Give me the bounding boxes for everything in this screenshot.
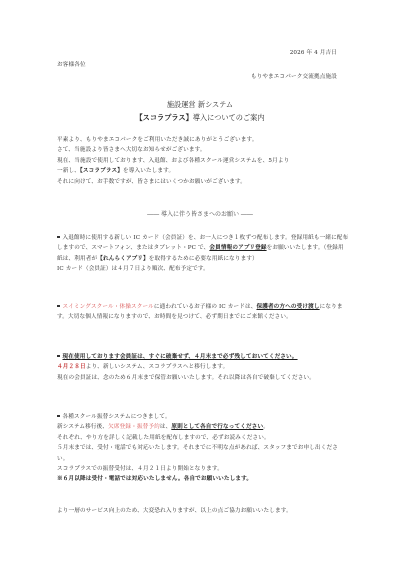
intro-line: さて、当施設より皆さまへ大切なお知らせがございます。 [57, 145, 349, 155]
item-text: それぞれ、やり方を詳しく記載した用紙を配布しますので、必ずお読みください。 [57, 433, 349, 443]
title-system-name: 【スコラプラス】 [135, 113, 192, 122]
intro-line: 現在、当施設で使用しております、入退館、および各種スクール運営システムを、5月よ… [57, 156, 349, 166]
title-rest: 導入についてのご案内 [193, 113, 265, 122]
section-heading: ―― 導入に伴う皆さまへのお願い ―― [0, 209, 400, 218]
item-text: ４月２８日より、新しいシステム、スコラプラスへと移行します。 [57, 362, 349, 372]
item-text: を取得するために必要な用紙になります） [149, 256, 258, 262]
bullet-icon [57, 305, 60, 308]
item-transfer-system: 各種スクール振替システムにつきまして。 新システム移行後、欠席登録・振替予約は、… [57, 412, 349, 485]
item-text: 入退館時に使用する新しい IC カード（会員証）を、お一人につき１枚ずつ配布しま… [57, 233, 349, 264]
item-text: 現在使用しております会員証は、すぐに破棄せず、４月末まで必ず残しておいてください… [57, 352, 349, 362]
item-text: スコラプラスでの振替受付は、４月２１日より開始となります。 [57, 464, 349, 474]
item-text: 。 [263, 424, 269, 430]
emphasis-schools: スイミングスクール・体操スクール [63, 304, 154, 310]
notice-june: ※６月以降は受付・電話では対応いたしません。各自でお願いいたします。 [57, 474, 349, 484]
title-line-2: 【スコラプラス】導入についてのご案内 [0, 113, 400, 122]
emphasis-keep-card: 現在使用しております会員証は、すぐに破棄せず、４月末まで必ず残しておいてください… [63, 354, 298, 360]
item-text: に通われているお子様の IC カードは、 [154, 304, 257, 310]
issue-date: 2026 年 4 月吉日 [290, 50, 337, 58]
item-heading: 各種スクール振替システムにつきまして。 [57, 412, 349, 422]
intro-text: 一新し、 [57, 168, 80, 174]
bullet-icon [57, 236, 60, 239]
item-text: 入退館時に使用する新しい IC カード（会員証）を、お一人につき１枚ずつ配布しま… [63, 235, 291, 241]
addressee: お客様各位 [57, 62, 86, 70]
bullet-icon [57, 355, 60, 358]
intro-line: 一新し、【スコラプラス】を導入いたします。 [57, 166, 349, 176]
item-text: 新システム移行後、欠席登録・振替予約は、原則として各自で行なってください。 [57, 422, 349, 432]
item-text: 各種スクール振替システムにつきまして。 [63, 414, 171, 420]
intro-text: を導入いたします。 [123, 168, 174, 174]
item-text: ５月末までは、受付・電話でも対応いたします。それまでに不明な点があれば、スタッフ… [57, 443, 349, 464]
emphasis-guardian-handover: 保護者の方への受け渡し [256, 304, 319, 310]
emphasis-self-service: 原則として各自で行なってください [171, 424, 263, 430]
document-page: 2026 年 4 月吉日 お客様各位 もりやまエコパーク交流拠点施設 施設運営 … [0, 0, 400, 566]
item-school-card: スイミングスクール・体操スクールに通われているお子様の IC カードは、保護者の… [57, 302, 349, 323]
bullet-icon [57, 415, 60, 418]
item-text: は、 [160, 424, 172, 430]
item-text: より、新しいシステム、スコラプラスへと移行します。 [86, 364, 229, 370]
closing-paragraph: より一層のサービス向上のため、大変恐れ入りますが、以上の点ご協力お願いいたします… [57, 506, 349, 516]
sender-name: もりやまエコパーク交流拠点施設 [251, 74, 337, 82]
item-ic-card: 入退館時に使用する新しい IC カード（会員証）を、お一人につき１枚ずつ配布しま… [57, 233, 349, 275]
item-text: IC カード（会員証）は４月７日より順次、配布予定です。 [57, 264, 349, 274]
item-text: 現在の会員証は、念のため６月末まで保管お願いいたします。それ以降は各自で破棄して… [57, 373, 349, 383]
emphasis-app-name: 【れんらくアプリ】 [97, 256, 148, 262]
intro-system-name: 【スコラプラス】 [80, 168, 123, 174]
item-current-card: 現在使用しております会員証は、すぐに破棄せず、４月末まで必ず残しておいてください… [57, 352, 349, 383]
emphasis-absence-transfer: 欠席登録・振替予約 [108, 424, 160, 430]
intro-line: それに向けて、お手数ですが、皆さまにはいくつかお願いがございます。 [57, 177, 349, 187]
item-text: スイミングスクール・体操スクールに通われているお子様の IC カードは、保護者の… [57, 302, 349, 323]
title-line-1: 施設運営 新システム [0, 100, 400, 109]
emphasis-app-registration: 会員情報のアプリ登録 [209, 245, 266, 251]
intro-paragraph: 平素より、もりやまエコパークをご利用いただき誠にありがとうございます。 さて、当… [57, 135, 349, 187]
item-text: 新システム移行後、 [57, 424, 108, 430]
intro-line: 平素より、もりやまエコパークをご利用いただき誠にありがとうございます。 [57, 135, 349, 145]
emphasis-migration-date: ４月２８日 [57, 364, 86, 370]
